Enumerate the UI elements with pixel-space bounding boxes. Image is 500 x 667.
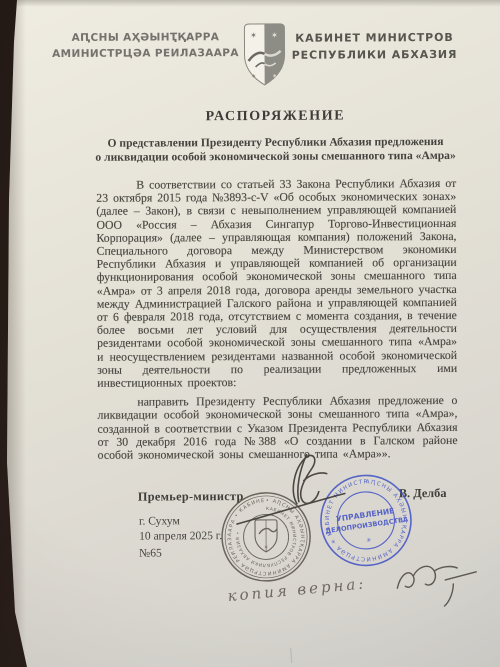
official-seal-stamp: • АԤСНЫ АҲӘЫНҬҚАРРА АМИНИСТРЦӘА РЕИЛАЗАА… bbox=[0, 0, 310, 582]
seal-center-shield: ✳ bbox=[255, 520, 277, 552]
records-management-stamp: АԤСНЫ АҲӘЫНҬҚАРРА АМИНИСТРЦӘА ✳ КАБИНЕТ … bbox=[0, 0, 412, 567]
stamps-and-signatures-layer: • АԤСНЫ АҲӘЫНҬҚАРРА АМИНИСТРЦӘА РЕИЛАЗАА… bbox=[0, 0, 500, 667]
document-paper: АԤСНЫ АҲӘЫНҬҚАРРА АМИНИСТРЦӘА РЕИЛАЗААРА… bbox=[0, 0, 500, 667]
decree-document: АԤСНЫ АҲӘЫНҬҚАРРА АМИНИСТРЦӘА РЕИЛАЗААРА… bbox=[0, 0, 500, 667]
seal-ring-text: • АԤСНЫ АҲӘЫНҬҚАРРА АМИНИСТРЦӘА РЕИЛАЗАА… bbox=[0, 0, 305, 577]
svg-text:✳: ✳ bbox=[366, 537, 372, 545]
photo-background: АԤСНЫ АҲӘЫНҬҚАРРА АМИНИСТРЦӘА РЕИЛАЗААРА… bbox=[0, 0, 500, 667]
paper-fold-mark bbox=[291, 648, 292, 663]
copy-verification-signature bbox=[397, 566, 476, 606]
records-stamp-ring-text: АԤСНЫ АҲӘЫНҬҚАРРА АМИНИСТРЦӘА ✳ КАБИНЕТ … bbox=[0, 0, 407, 563]
svg-text:АԤСНЫ АҲӘЫНҬҚАРРА АМИНИСТРЦӘА: АԤСНЫ АҲӘЫНҬҚАРРА АМИНИСТРЦӘА ✳ КАБИНЕТ … bbox=[0, 0, 407, 563]
svg-text:✳: ✳ bbox=[264, 545, 268, 551]
svg-text:• АԤСНЫ АҲӘЫНҬҚАРРА АМИНИСТРЦӘ: • АԤСНЫ АҲӘЫНҬҚАРРА АМИНИСТРЦӘА РЕИЛАЗАА… bbox=[0, 0, 305, 577]
